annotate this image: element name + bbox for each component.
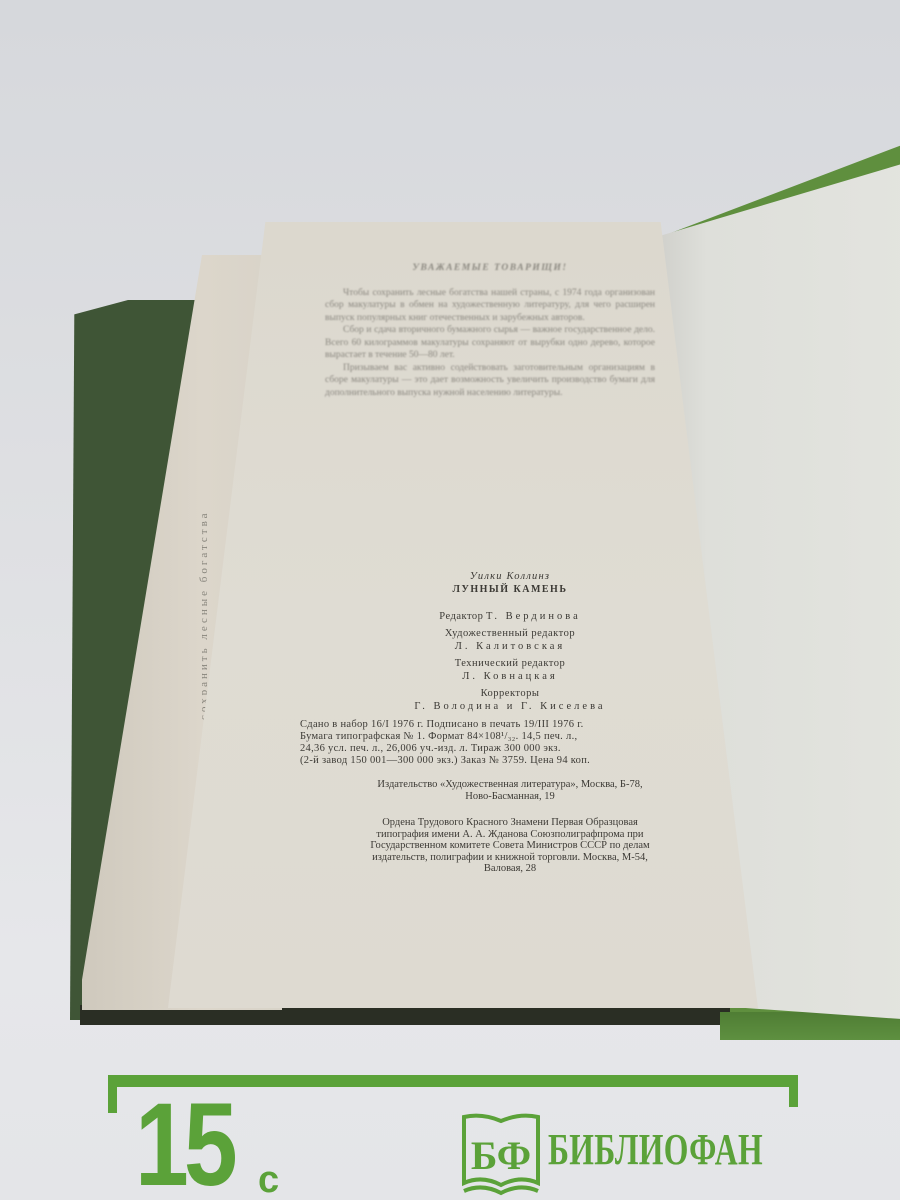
notice-paragraph: Сбор и сдача вторичного бумажного сырья … xyxy=(325,324,655,362)
credit-name: Г. Володина и Г. Киселева xyxy=(300,700,720,713)
label-suffix: с xyxy=(258,1160,279,1200)
colophon: Уилки Коллинз ЛУННЫЙ КАМЕНЬ Редактор Т. … xyxy=(300,570,720,875)
print-detail-line: Бумага типографская № 1. Формат 84×108¹/… xyxy=(300,731,720,743)
logo-letters: БФ xyxy=(471,1133,531,1178)
printer-line: Валовая, 28 xyxy=(300,863,720,875)
credit-role: Технический редактор xyxy=(300,657,720,670)
printer-line: Государственном комитете Совета Министро… xyxy=(300,840,720,852)
brand-name: БИБЛИОФАН xyxy=(548,1128,763,1172)
credit-name: Л. Ковнацкая xyxy=(300,670,720,683)
publisher-info: Издательство «Художественная литература»… xyxy=(300,779,720,803)
notice-paragraph: Призываем вас активно содействовать заго… xyxy=(325,362,655,400)
credit-role: Корректоры xyxy=(300,687,720,700)
open-book-icon: БФ xyxy=(460,1113,542,1200)
credit-role: Художественный редактор xyxy=(300,627,720,640)
credit-name: Т. Вердинова xyxy=(486,611,581,622)
printer-line: Ордена Трудового Красного Знамени Первая… xyxy=(300,817,720,829)
publisher-line: Издательство «Художественная литература»… xyxy=(300,779,720,791)
photo-scene: сохранить лесные богатства УВАЖАЕМЫЕ ТОВ… xyxy=(0,0,900,1200)
credit-role: Редактор xyxy=(439,611,483,622)
credit-proofreaders: Корректоры Г. Володина и Г. Киселева xyxy=(300,687,720,713)
credit-tech-editor: Технический редактор Л. Ковнацкая xyxy=(300,657,720,683)
printer-line: издательств, полиграфии и книжной торгов… xyxy=(300,852,720,864)
credit-name: Л. Калитовская xyxy=(300,640,720,653)
notice-paragraph: Чтобы сохранить лесные богатства нашей с… xyxy=(325,287,655,325)
label-bracket-right xyxy=(789,1075,798,1107)
recycling-notice: УВАЖАЕМЫЕ ТОВАРИЩИ! Чтобы сохранить лесн… xyxy=(325,262,655,399)
credit-editor: Редактор Т. Вердинова xyxy=(300,610,720,623)
printer-info: Ордена Трудового Красного Знамени Первая… xyxy=(300,817,720,875)
print-detail-line: (2-й завод 150 001—300 000 экз.) Заказ №… xyxy=(300,755,720,767)
label-number: 15 xyxy=(135,1090,233,1200)
credit-art-editor: Художественный редактор Л. Калитовская xyxy=(300,627,720,653)
label-bracket-left xyxy=(108,1075,117,1113)
print-detail-line: Сдано в набор 16/I 1976 г. Подписано в п… xyxy=(300,719,720,731)
publisher-line: Ново-Басманная, 19 xyxy=(300,791,720,803)
printer-line: типография имени А. А. Жданова Союзполиг… xyxy=(300,829,720,841)
print-details: Сдано в набор 16/I 1976 г. Подписано в п… xyxy=(300,719,720,767)
notice-title: УВАЖАЕМЫЕ ТОВАРИЩИ! xyxy=(325,262,655,275)
book-author: Уилки Коллинз xyxy=(300,570,720,583)
print-detail-line: 24,36 усл. печ. л., 26,006 уч.-изд. л. Т… xyxy=(300,743,720,755)
book-title: ЛУННЫЙ КАМЕНЬ xyxy=(300,583,720,596)
